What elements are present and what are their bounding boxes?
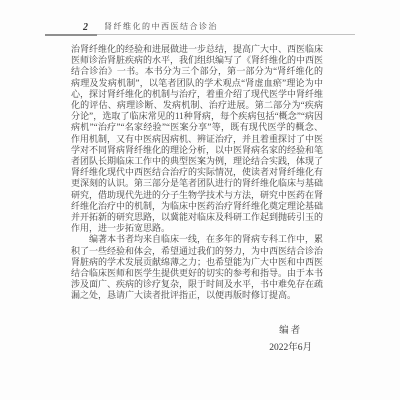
signature-date: 2022年6月 (269, 339, 312, 353)
page-number-rule (45, 34, 97, 36)
running-title: 肾纤维化的中西医结合诊治 (104, 21, 218, 32)
signature-block: 编者 2022年6月 (269, 322, 312, 353)
signature-author: 编者 (279, 322, 302, 336)
book-page: 2 肾纤维化的中西医结合诊治 治肾纤维化的经验和进展做进一步总结，提高广大中、西… (0, 0, 400, 400)
preface-body: 治肾纤维化的经验和进展做进一步总结，提高广大中、西医临床医师诊治肾脏疾病的水平，… (71, 44, 323, 302)
page-header: 2 肾纤维化的中西医结合诊治 (45, 19, 355, 35)
preface-paragraph-continuation: 治肾纤维化的经验和进展做进一步总结，提高广大中、西医临床医师诊治肾脏疾病的水平，… (71, 44, 323, 234)
page-number: 2 (83, 22, 88, 33)
preface-paragraph-closing: 编著本书者均来自临床一线，在多年的肾病专科工作中，累积了一些经验和体会，希望通过… (71, 234, 323, 301)
